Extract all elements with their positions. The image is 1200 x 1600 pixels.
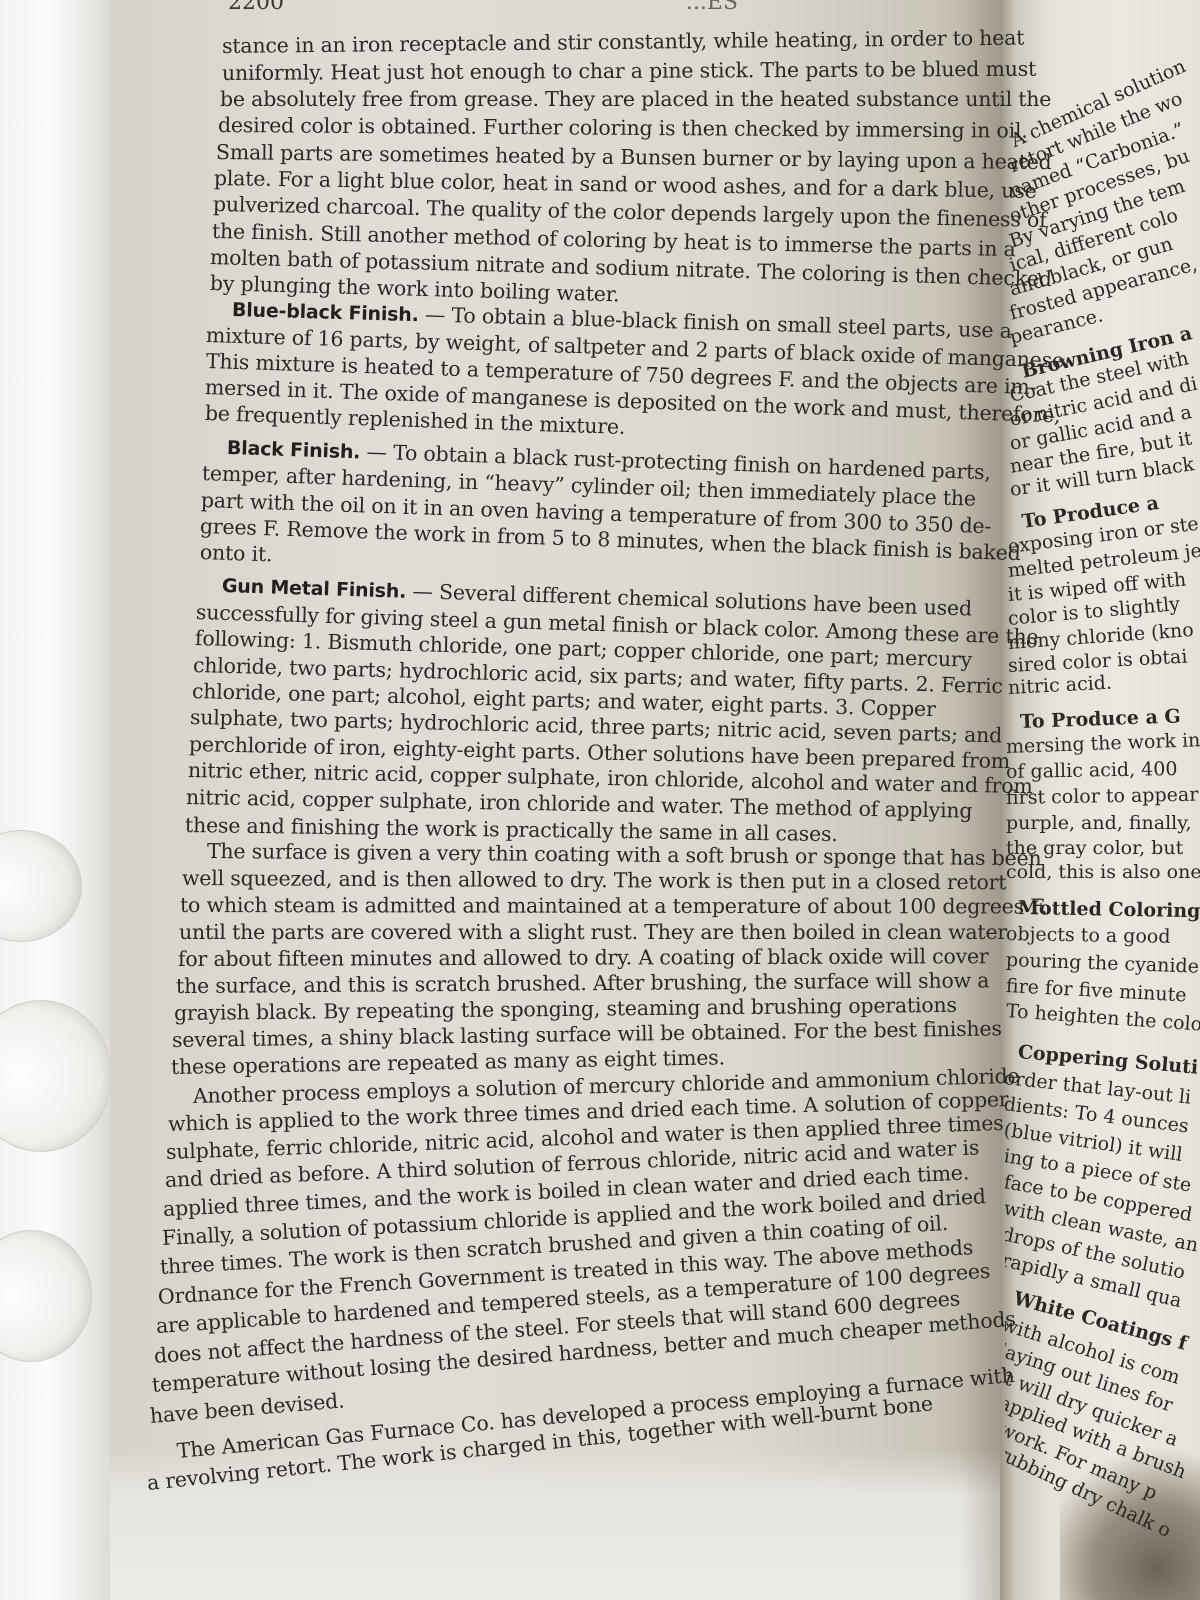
text-line: objects to a good (1006, 922, 1171, 949)
section-heading: Gun Metal Finish. (222, 575, 407, 603)
text-line: uniformly. Heat just hot enough to char … (222, 56, 1036, 86)
text-line: desired color is obtained. Further color… (218, 112, 1028, 144)
text-line: pouring the cyanide (1006, 948, 1200, 979)
text-line: to which steam is admitted and maintaine… (180, 892, 1047, 920)
text-line: of gallic acid, 400 (1006, 757, 1178, 784)
text-line: stance in an iron receptacle and stir co… (222, 25, 1024, 59)
section-mottled-coloring: Mottled Coloring (1018, 896, 1200, 923)
text-line: until the parts are covered with a sligh… (179, 919, 1007, 945)
right-page-text: A chemical solution retort while the wo … (1005, 0, 1200, 1600)
section-heading: Black Finish. (227, 437, 361, 463)
text-line: the gray color, but (1006, 836, 1183, 860)
text-line: first color to appear (1006, 783, 1199, 810)
section-heading: Blue-black Finish. (232, 299, 419, 326)
text-line: well squeezed, and is then allowed to dr… (182, 865, 1006, 895)
text-line: cold, this is also one (1006, 860, 1200, 884)
text-line: nitric acid. (1007, 671, 1112, 700)
text-line: onto it. (200, 539, 273, 567)
text-line: purple, and, finally, (1006, 811, 1192, 835)
text-line: be absolutely free from grease. They are… (220, 86, 1051, 112)
